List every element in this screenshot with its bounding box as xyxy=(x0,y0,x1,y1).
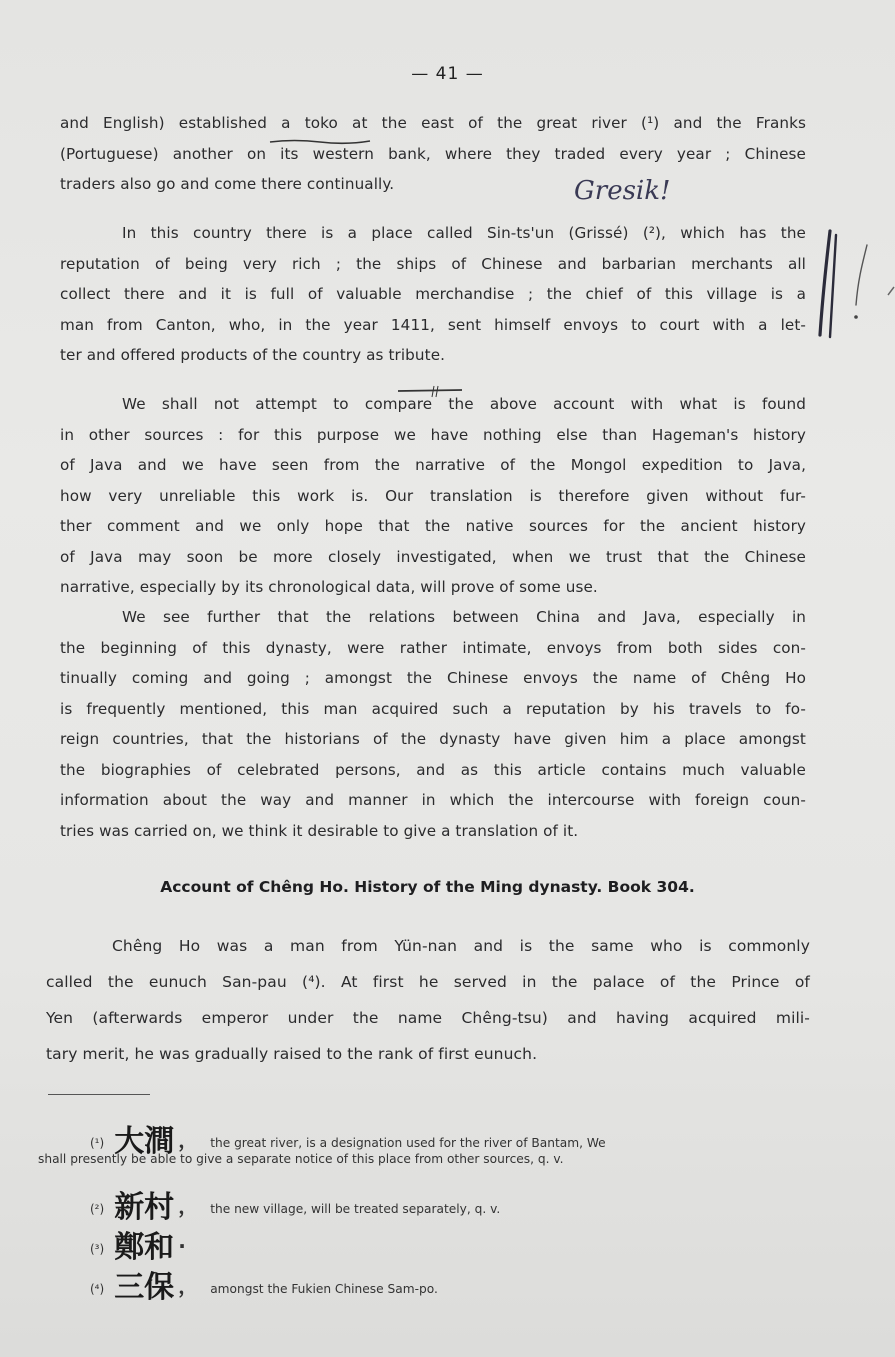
text-line: reign countries, that the historians of … xyxy=(60,724,806,755)
footnote-1-continuation: shall presently be able to give a separa… xyxy=(38,1152,564,1166)
paragraph-2: In this country there is a place called … xyxy=(60,218,806,371)
handwritten-note: Gresik! xyxy=(574,176,670,206)
footnote-number: (⁴) xyxy=(90,1282,104,1296)
text-line: narrative, especially by its chronologic… xyxy=(60,572,806,603)
footnote-number: (³) xyxy=(90,1242,104,1256)
footnote-number: (²) xyxy=(90,1202,104,1216)
scanned-book-page: — 41 — and English) established a toko a… xyxy=(0,0,895,1357)
text-line: of Java and we have seen from the narrat… xyxy=(60,450,806,481)
text-line: and English) established a toko at the e… xyxy=(60,108,806,139)
page-number: — 41 — xyxy=(0,64,895,84)
text-line: the beginning of this dynasty, were rath… xyxy=(60,633,806,664)
section-paragraph: Chêng Ho was a man from Yün-nan and is t… xyxy=(46,928,810,1072)
section-heading: Account of Chêng Ho. History of the Ming… xyxy=(0,878,855,896)
paragraph-3: We shall not attempt to compare the abov… xyxy=(60,389,806,603)
text-line: Chêng Ho was a man from Yün-nan and is t… xyxy=(46,928,810,964)
footnote-text: the new village, will be treated separat… xyxy=(210,1202,500,1216)
footnote-number: (¹) xyxy=(90,1136,104,1150)
footnote-separator: ， xyxy=(178,1194,198,1218)
chinese-characters: 鄭和 xyxy=(114,1230,174,1265)
text-line: traders also go and come there continual… xyxy=(60,169,806,200)
footnote-separator: ， xyxy=(178,1274,198,1298)
text-line: Yen (afterwards emperor under the name C… xyxy=(46,1000,810,1036)
footnote-text: amongst the Fukien Chinese Sam-po. xyxy=(210,1282,438,1296)
text-line: of Java may soon be more closely investi… xyxy=(60,542,806,573)
text-line: ther comment and we only hope that the n… xyxy=(60,511,806,542)
footnote-4: (⁴)三保，amongst the Fukien Chinese Sam-po. xyxy=(90,1262,438,1306)
footnote-divider xyxy=(48,1094,150,1095)
footnote-separator: ， xyxy=(178,1128,198,1152)
paragraph-1: and English) established a toko at the e… xyxy=(60,108,806,200)
text-line: called the eunuch San-pau (⁴). At first … xyxy=(46,964,810,1000)
paragraph-4: We see further that the relations betwee… xyxy=(60,602,806,846)
text-line: We see further that the relations betwee… xyxy=(60,602,806,633)
text-line: how very unreliable this work is. Our tr… xyxy=(60,481,806,512)
text-line: man from Canton, who, in the year 1411, … xyxy=(60,310,806,341)
footnote-2: (²)新村，the new village, will be treated s… xyxy=(90,1182,500,1226)
text-line: the biographies of celebrated persons, a… xyxy=(60,755,806,786)
footnote-separator: · xyxy=(178,1234,186,1258)
handwritten-underline xyxy=(268,137,372,147)
footnote-3: (³)鄭和· xyxy=(90,1222,198,1266)
footnote-text: the great river, is a designation used f… xyxy=(210,1136,605,1150)
text-line: reputation of being very rich ; the ship… xyxy=(60,249,806,280)
text-line: ter and offered products of the country … xyxy=(60,340,806,371)
text-line: is frequently mentioned, this man acquir… xyxy=(60,694,806,725)
text-line: collect there and it is full of valuable… xyxy=(60,279,806,310)
text-line: (Portuguese) another on its western bank… xyxy=(60,139,806,170)
text-line: tary merit, he was gradually raised to t… xyxy=(46,1036,810,1072)
chinese-characters: 新村 xyxy=(114,1190,174,1225)
text-line: We shall not attempt to compare the abov… xyxy=(60,389,806,420)
text-line: information about the way and manner in … xyxy=(60,785,806,816)
chinese-characters: 三保 xyxy=(114,1270,174,1305)
text-line: In this country there is a place called … xyxy=(60,218,806,249)
text-line: tries was carried on, we think it desira… xyxy=(60,816,806,847)
text-line: tinually coming and going ; amongst the … xyxy=(60,663,806,694)
handwritten-margin-marks xyxy=(812,225,895,345)
text-line: in other sources : for this purpose we h… xyxy=(60,420,806,451)
